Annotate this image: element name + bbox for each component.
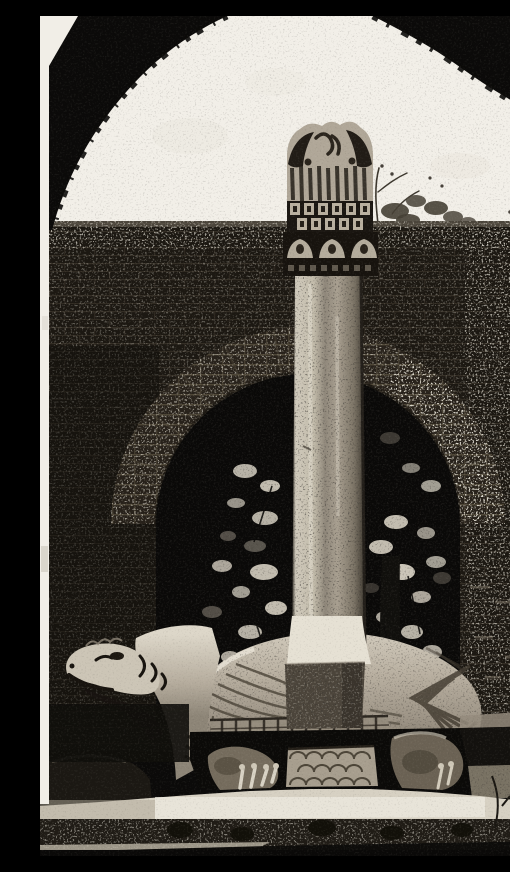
photograph-stele-on-bixi: A tall stone memorial stele with a carve… <box>40 16 510 856</box>
photo-canvas <box>40 16 510 856</box>
print-grain <box>40 16 510 856</box>
